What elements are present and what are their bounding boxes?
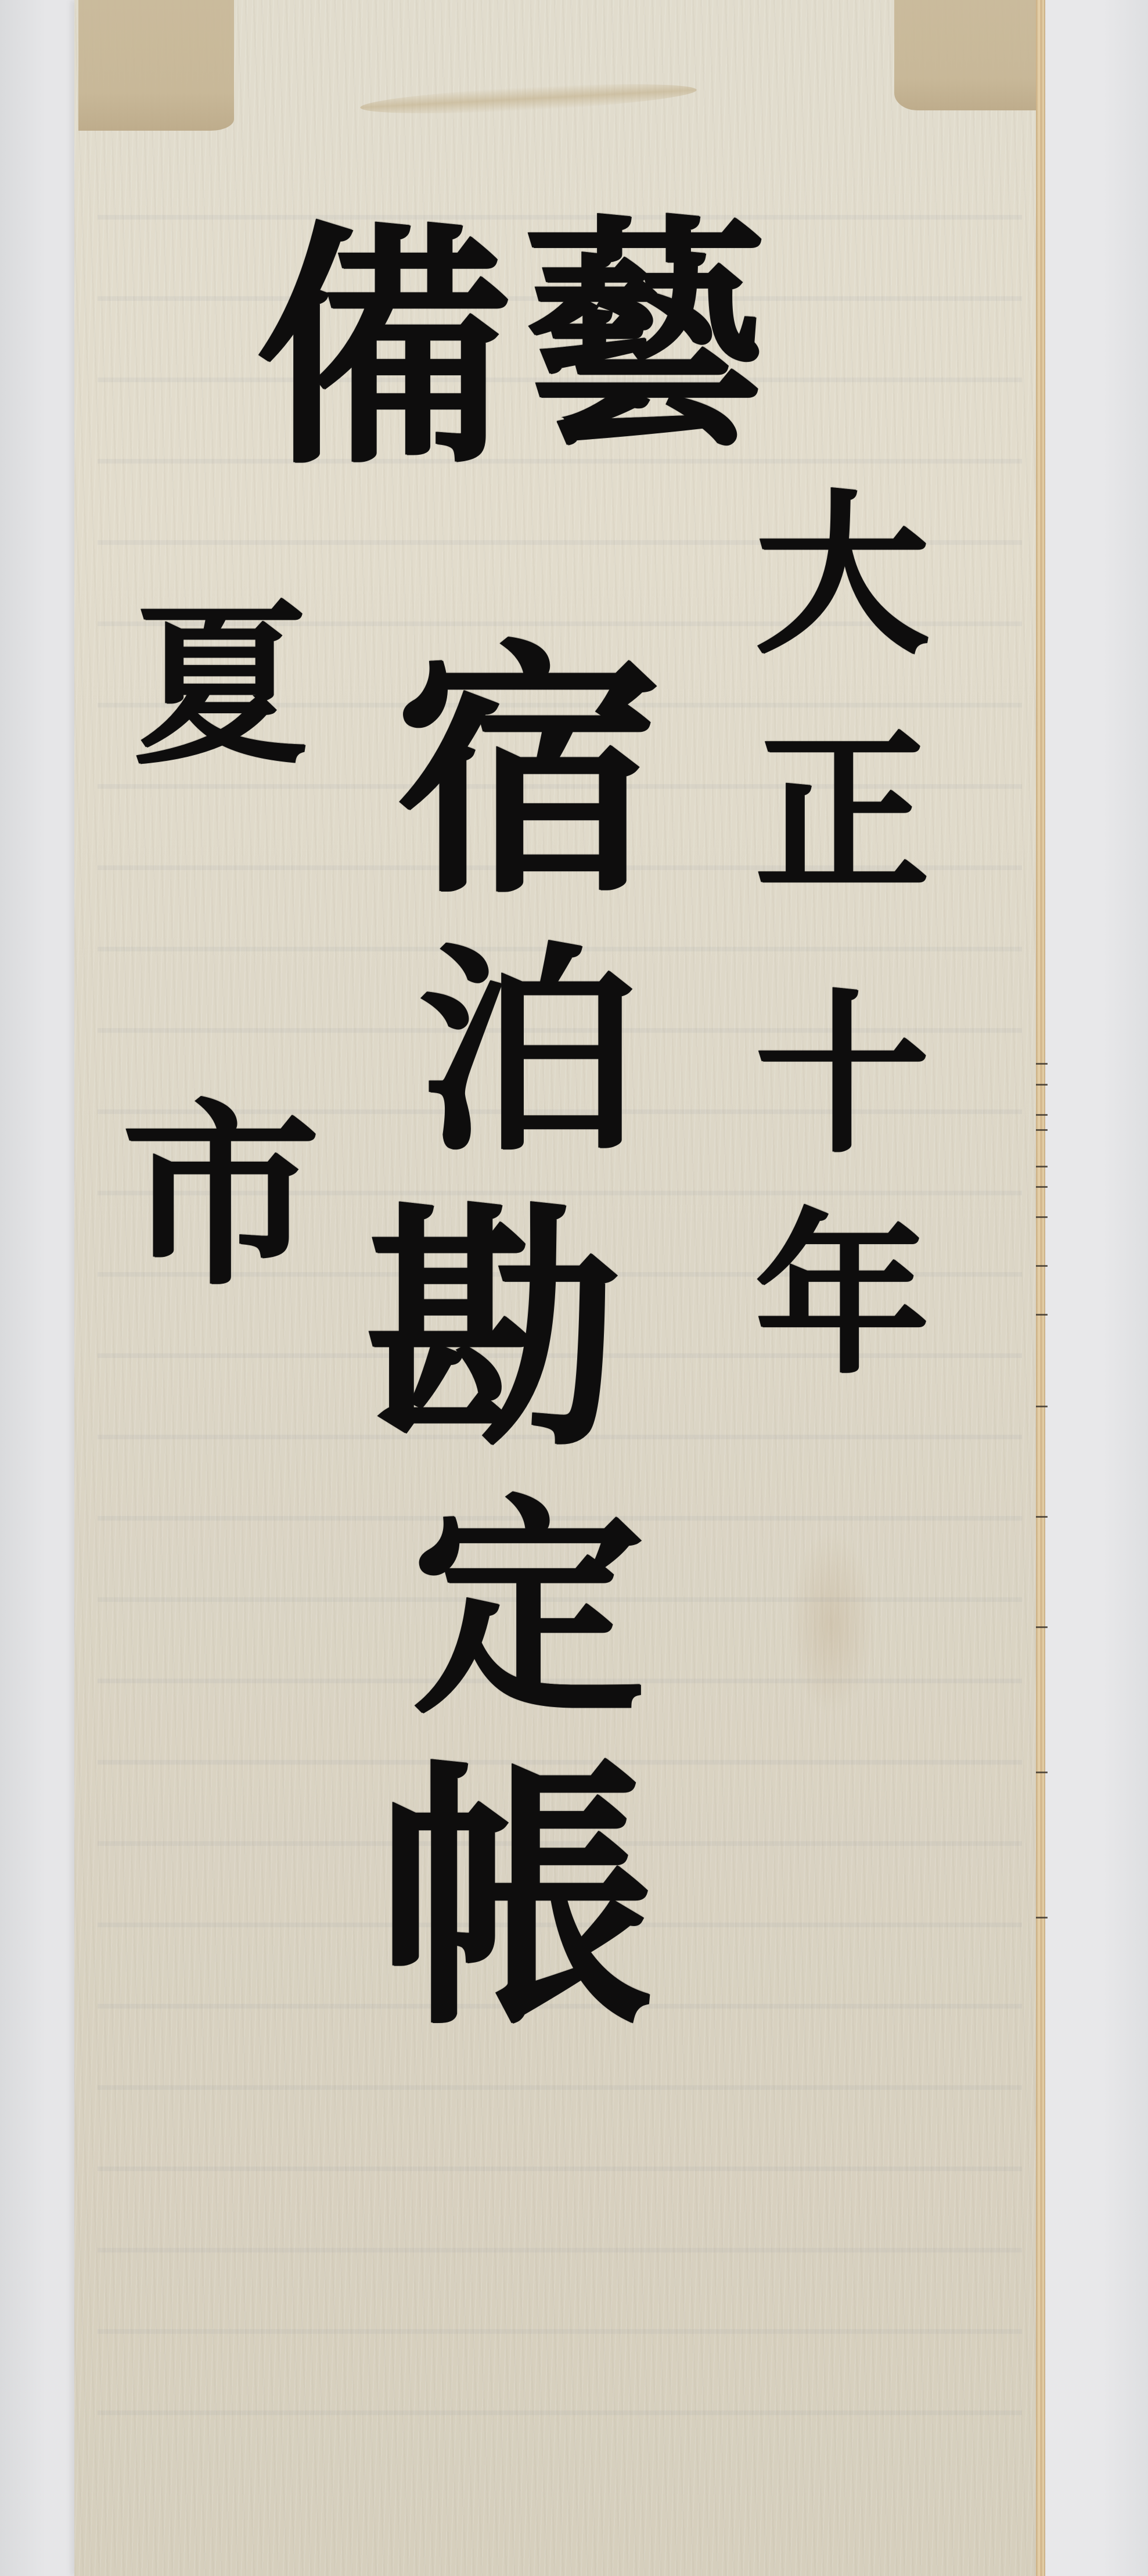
calligraphy-char: 大: [755, 488, 929, 662]
binding-tick-mark: [1036, 1406, 1048, 1407]
title-prefix-row: 備 藝: [255, 221, 766, 476]
binding-tick-mark: [1036, 1129, 1048, 1131]
binding-tick-mark: [1036, 1166, 1048, 1167]
calligraphy-char: 帳: [377, 1760, 656, 2039]
calligraphy-char: 藝: [523, 215, 766, 459]
title-column: 宿 泊 勘 定 帳: [395, 639, 662, 2039]
calligraphy-char: 備: [255, 221, 511, 476]
mounting-tape-right: [894, 0, 1045, 110]
binding-tick-mark: [1036, 1265, 1048, 1267]
binding-tick-mark: [1036, 1186, 1048, 1188]
binding-tick-mark: [1036, 1772, 1048, 1773]
binding-tick-mark: [1036, 1917, 1048, 1918]
book-binding-edge: [1036, 0, 1045, 2576]
calligraphy-char: 宿: [395, 639, 662, 906]
calligraphy-char: 定: [412, 1493, 645, 1725]
calligraphy-char: 十: [755, 987, 929, 1162]
mounting-tape-left: [78, 0, 234, 131]
binding-tick-mark: [1036, 1084, 1048, 1086]
calligraphy-char: 市: [122, 1098, 319, 1295]
calligraphy-char: 泊: [418, 941, 639, 1162]
binding-tick-mark: [1036, 1314, 1048, 1316]
binding-tick-mark: [1036, 1114, 1048, 1116]
calligraphy-char: 年: [755, 1208, 929, 1382]
calligraphy-char: 正: [755, 726, 929, 900]
binding-tick-mark: [1036, 1626, 1048, 1628]
binding-tick-mark: [1036, 1063, 1048, 1065]
binding-tick-mark: [1036, 1216, 1048, 1218]
calligraphy-char: 夏: [134, 598, 308, 773]
signature-column: 夏 市: [122, 598, 319, 1295]
binding-tick-mark: [1036, 1516, 1048, 1518]
date-column: 大 正 十 年: [755, 488, 929, 1382]
calligraphy-char: 勘: [366, 1202, 621, 1458]
